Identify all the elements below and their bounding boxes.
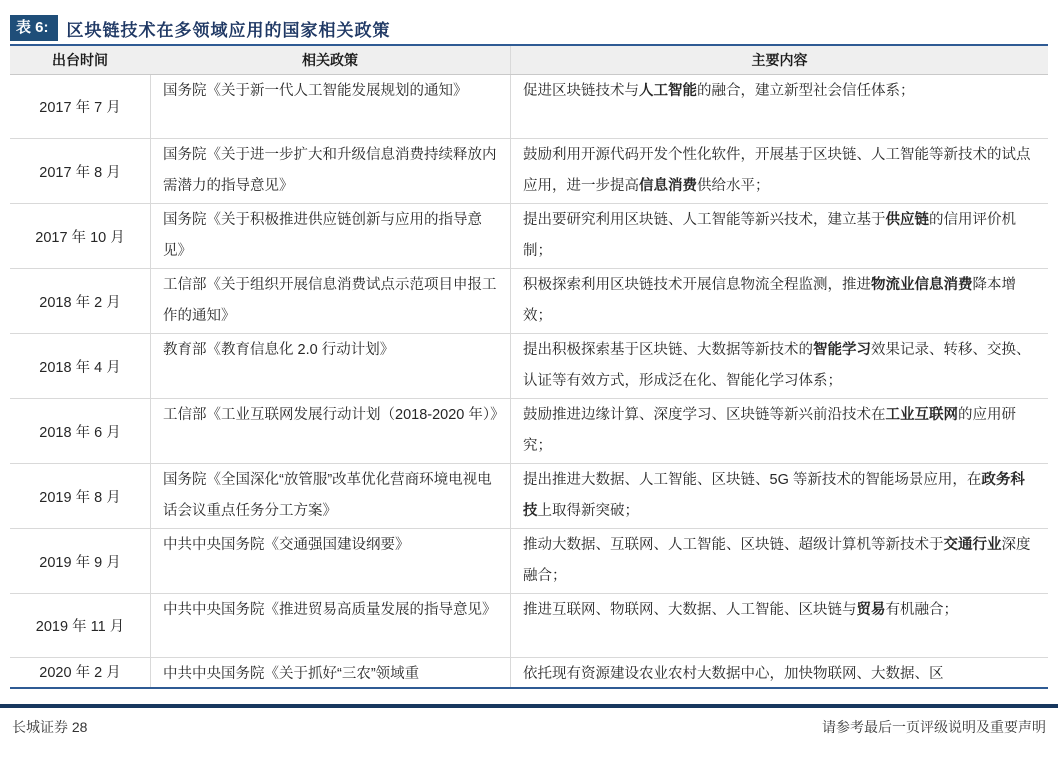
- table-row: 2018 年 4 月 教育部《教育信息化 2.0 行动计划》 提出积极探索基于区…: [10, 334, 1048, 399]
- row-content: 提出积极探索基于区块链、大数据等新技术的智能学习效果记录、转移、交换、认证等有效…: [510, 334, 1048, 398]
- row-content: 鼓励推进边缘计算、深度学习、区块链等新兴前沿技术在工业互联网的应用研究；: [510, 399, 1048, 463]
- table-row: 2017 年 10 月 国务院《关于积极推进供应链创新与应用的指导意见》 提出要…: [10, 204, 1048, 269]
- row-policy: 教育部《教育信息化 2.0 行动计划》: [150, 334, 510, 398]
- column-header-content: 主要内容: [510, 46, 1048, 74]
- row-date: 2019 年 9 月: [10, 529, 150, 593]
- row-content: 提出要研究利用区块链、人工智能等新兴技术，建立基于供应链的信用评价机制；: [510, 204, 1048, 268]
- row-date: 2019 年 8 月: [10, 464, 150, 528]
- row-content: 鼓励利用开源代码开发个性化软件，开展基于区块链、人工智能等新技术的试点应用，进一…: [510, 139, 1048, 203]
- row-content: 提出推进大数据、人工智能、区块链、5G 等新技术的智能场景应用，在政务科技上取得…: [510, 464, 1048, 528]
- table-row: 2017 年 7 月 国务院《关于新一代人工智能发展规划的通知》 促进区块链技术…: [10, 75, 1048, 139]
- row-policy: 中共中央国务院《交通强国建设纲要》: [150, 529, 510, 593]
- row-date: 2018 年 4 月: [10, 334, 150, 398]
- row-content: 推进互联网、物联网、大数据、人工智能、区块链与贸易有机融合；: [510, 594, 1048, 657]
- row-date: 2018 年 2 月: [10, 269, 150, 333]
- row-policy: 国务院《全国深化“放管服”改革优化营商环境电视电话会议重点任务分工方案》: [150, 464, 510, 528]
- row-date: 2017 年 8 月: [10, 139, 150, 203]
- row-content: 依托现有资源建设农业农村大数据中心，加快物联网、大数据、区: [510, 658, 1048, 689]
- table-row: 2020 年 2 月 中共中央国务院《关于抓好“三农”领域重 依托现有资源建设农…: [10, 658, 1048, 689]
- row-policy: 工信部《关于组织开展信息消费试点示范项目申报工作的通知》: [150, 269, 510, 333]
- footer-disclaimer: 请参考最后一页评级说明及重要声明: [822, 717, 1046, 737]
- footer-brand-page-number: 长城证券 28: [12, 717, 87, 737]
- table-header-row: 出台时间 相关政策 主要内容: [10, 46, 1048, 75]
- row-policy: 国务院《关于进一步扩大和升级信息消费持续释放内需潜力的指导意见》: [150, 139, 510, 203]
- row-policy: 中共中央国务院《关于抓好“三农”领域重: [150, 658, 510, 689]
- column-header-policy: 相关政策: [150, 46, 510, 74]
- page-title: 区块链技术在多领域应用的国家相关政策: [67, 16, 391, 41]
- row-date: 2018 年 6 月: [10, 399, 150, 463]
- table-row: 2019 年 8 月 国务院《全国深化“放管服”改革优化营商环境电视电话会议重点…: [10, 464, 1048, 529]
- table-number-badge: 表 6:: [10, 15, 58, 41]
- table-row: 2019 年 11 月 中共中央国务院《推进贸易高质量发展的指导意见》 推进互联…: [10, 594, 1048, 658]
- table-row: 2019 年 9 月 中共中央国务院《交通强国建设纲要》 推动大数据、互联网、人…: [10, 529, 1048, 594]
- row-policy: 中共中央国务院《推进贸易高质量发展的指导意见》: [150, 594, 510, 657]
- report-page: 表 6: 区块链技术在多领域应用的国家相关政策 出台时间 相关政策 主要内容 2…: [0, 0, 1058, 737]
- table-row: 2018 年 6 月 工信部《工业互联网发展行动计划（2018-2020 年）》…: [10, 399, 1048, 464]
- page-footer: 长城证券 28 请参考最后一页评级说明及重要声明: [10, 708, 1048, 737]
- row-content: 积极探索利用区块链技术开展信息物流全程监测，推进物流业信息消费降本增效；: [510, 269, 1048, 333]
- row-policy: 国务院《关于新一代人工智能发展规划的通知》: [150, 75, 510, 138]
- row-policy: 工信部《工业互联网发展行动计划（2018-2020 年）》: [150, 399, 510, 463]
- table-body: 2017 年 7 月 国务院《关于新一代人工智能发展规划的通知》 促进区块链技术…: [10, 75, 1048, 689]
- row-content: 促进区块链技术与人工智能的融合，建立新型社会信任体系；: [510, 75, 1048, 138]
- column-header-date: 出台时间: [10, 46, 150, 74]
- row-content: 推动大数据、互联网、人工智能、区块链、超级计算机等新技术于交通行业深度融合；: [510, 529, 1048, 593]
- row-policy: 国务院《关于积极推进供应链创新与应用的指导意见》: [150, 204, 510, 268]
- table-row: 2017 年 8 月 国务院《关于进一步扩大和升级信息消费持续释放内需潜力的指导…: [10, 139, 1048, 204]
- row-date: 2019 年 11 月: [10, 594, 150, 657]
- row-date: 2017 年 10 月: [10, 204, 150, 268]
- row-date: 2020 年 2 月: [10, 658, 150, 689]
- table-row: 2018 年 2 月 工信部《关于组织开展信息消费试点示范项目申报工作的通知》 …: [10, 269, 1048, 334]
- table-title-bar: 表 6: 区块链技术在多领域应用的国家相关政策: [10, 12, 1048, 46]
- row-date: 2017 年 7 月: [10, 75, 150, 138]
